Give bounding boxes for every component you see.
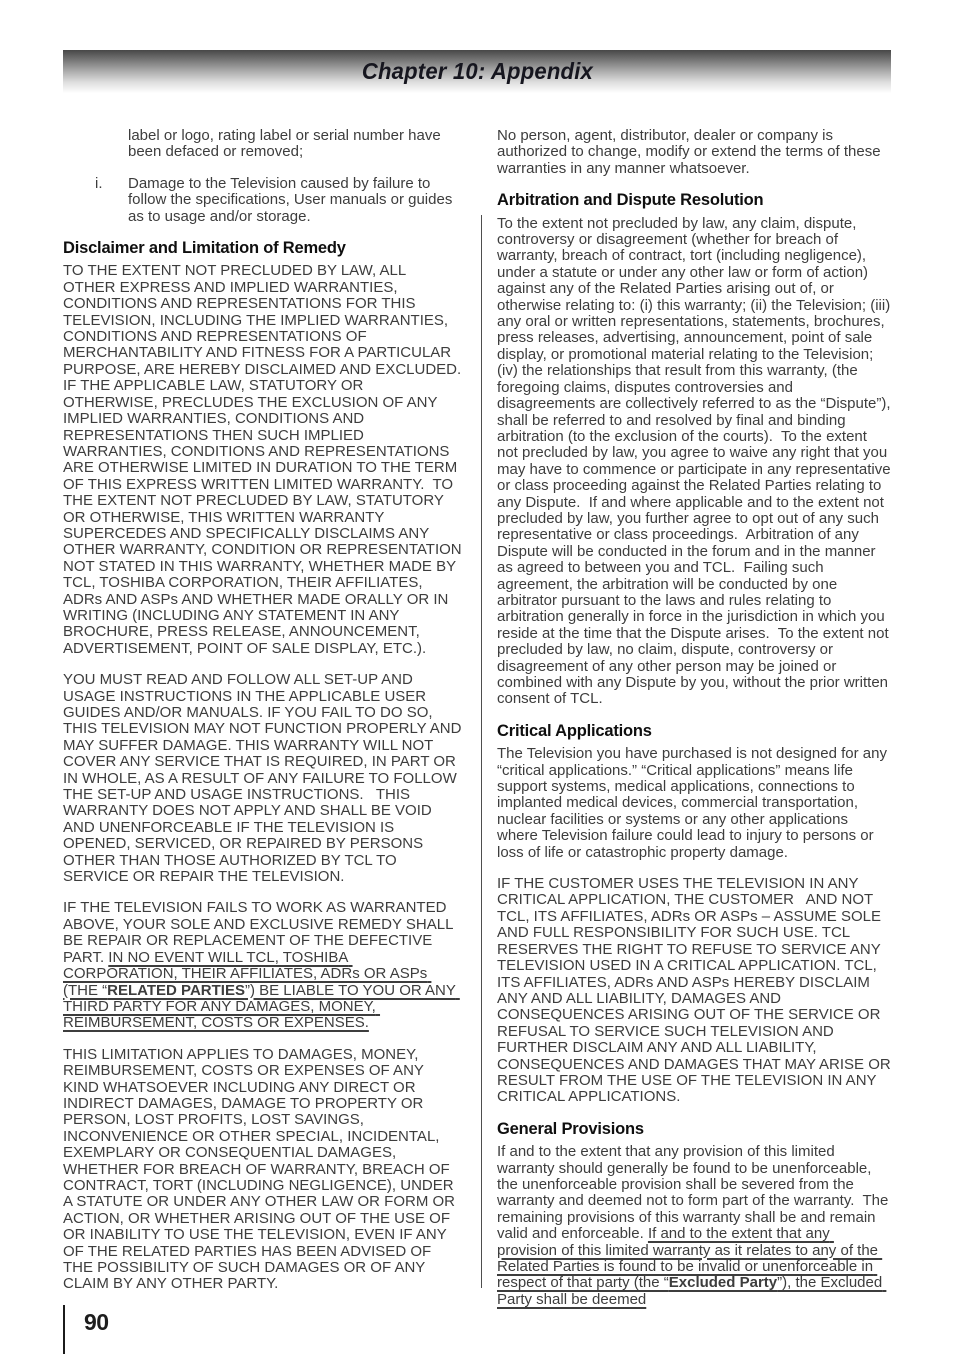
text-run: label or logo, rating label or serial nu… <box>128 127 445 160</box>
text-run: TO THE EXTENT NOT PRECLUDED BY LAW, ALL … <box>63 262 466 656</box>
chapter-title: Chapter 10: Appendix <box>361 58 592 85</box>
text-run: THIS LIMITATION APPLIES TO DAMAGES, MONE… <box>63 1046 458 1293</box>
list-item: i.Damage to the Television caused by fai… <box>63 176 462 225</box>
paragraph: No person, agent, distributor, dealer or… <box>497 128 891 177</box>
paragraph: IF THE TELEVISION FAILS TO WORK AS WARRA… <box>63 900 462 1031</box>
text-run: IF THE CUSTOMER USES THE TELEVISION IN A… <box>497 875 895 1105</box>
list-marker: i. <box>95 176 103 192</box>
text-run: Damage to the Television caused by failu… <box>128 175 457 225</box>
paragraph: The Television you have purchased is not… <box>497 746 891 861</box>
section-heading: Arbitration and Dispute Resolution <box>497 192 879 208</box>
right-column: No person, agent, distributor, dealer or… <box>497 128 891 1323</box>
column-divider <box>481 215 482 1288</box>
section-heading: General Provisions <box>497 1121 879 1137</box>
page-number: 90 <box>84 1309 109 1336</box>
chapter-header-bar: Chapter 10: Appendix <box>63 50 891 93</box>
paragraph: To the extent not precluded by law, any … <box>497 216 891 708</box>
paragraph: If and to the extent that any provision … <box>497 1144 891 1308</box>
paragraph: YOU MUST READ AND FOLLOW ALL SET-UP AND … <box>63 672 462 885</box>
section-heading: Critical Applications <box>497 723 879 739</box>
section-heading: Disclaimer and Limitation of Remedy <box>63 240 450 256</box>
hanging-text: label or logo, rating label or serial nu… <box>128 128 462 161</box>
text-run: To the extent not precluded by law, any … <box>497 215 895 708</box>
text-run: The Television you have purchased is not… <box>497 745 891 860</box>
paragraph: THIS LIMITATION APPLIES TO DAMAGES, MONE… <box>63 1047 462 1293</box>
text-run: Excluded Party <box>669 1274 777 1291</box>
paragraph: TO THE EXTENT NOT PRECLUDED BY LAW, ALL … <box>63 263 462 657</box>
text-run: No person, agent, distributor, dealer or… <box>497 127 885 177</box>
text-run: YOU MUST READ AND FOLLOW ALL SET-UP AND … <box>63 671 466 885</box>
list-item-text: Damage to the Television caused by failu… <box>128 176 462 225</box>
left-column: label or logo, rating label or serial nu… <box>63 128 462 1308</box>
paragraph: IF THE CUSTOMER USES THE TELEVISION IN A… <box>497 876 891 1106</box>
text-run: RELATED PARTIES <box>107 982 245 999</box>
manual-page: Chapter 10: Appendix label or logo, rati… <box>0 0 954 1354</box>
footer-rule <box>63 1305 65 1354</box>
